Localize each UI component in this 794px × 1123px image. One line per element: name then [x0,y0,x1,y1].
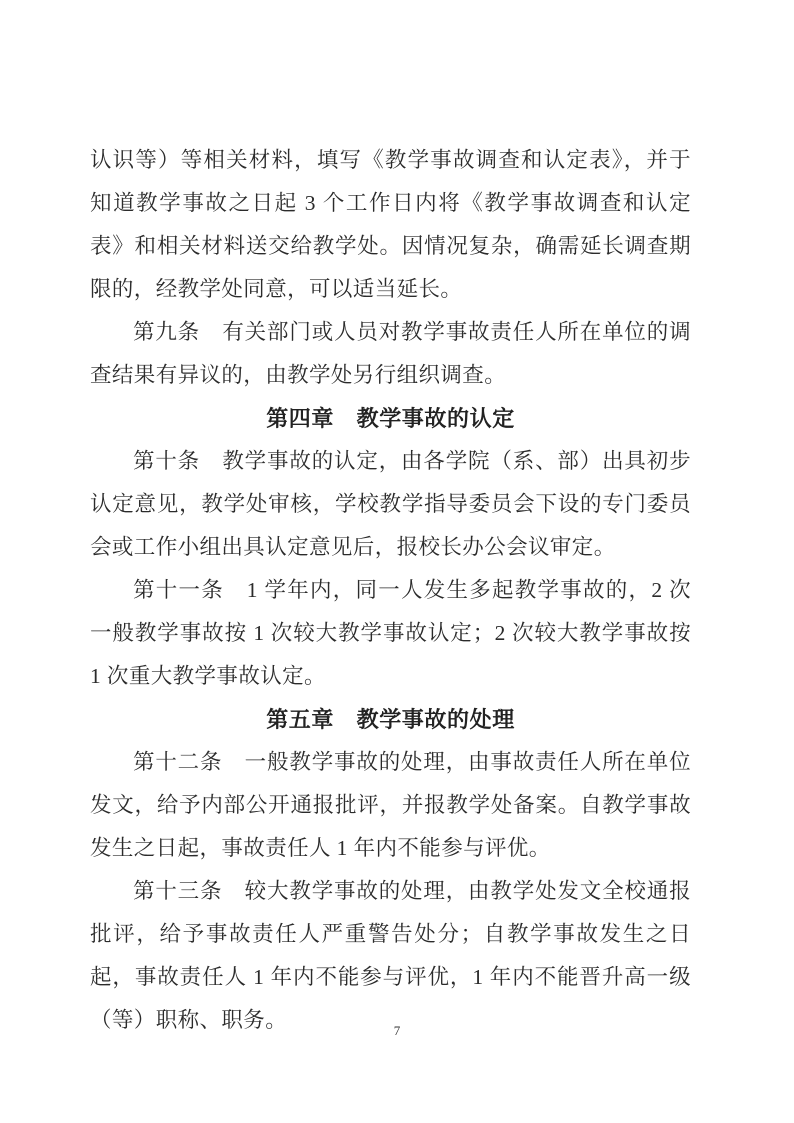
chapter-heading-4: 第四章 教学事故的认定 [90,397,691,440]
paragraph-article-11: 第十一条 1 学年内，同一人发生多起教学事故的，2 次一般教学事故按 1 次较大… [90,569,691,698]
paragraph-article-9: 第九条 有关部门或人员对教学事故责任人所在单位的调查结果有异议的，由教学处另行组… [90,311,691,397]
paragraph-article-12: 第十二条 一般教学事故的处理，由事故责任人所在单位发文，给予内部公开通报批评，并… [90,741,691,870]
page-number: 7 [0,1022,794,1040]
chapter-heading-5: 第五章 教学事故的处理 [90,698,691,741]
paragraph-continuation: 认识等）等相关材料，填写《教学事故调查和认定表》，并于知道教学事故之日起 3 个… [90,139,691,311]
paragraph-article-10: 第十条 教学事故的认定，由各学院（系、部）出具初步认定意见，教学处审核，学校教学… [90,440,691,569]
document-page: 认识等）等相关材料，填写《教学事故调查和认定表》，并于知道教学事故之日起 3 个… [0,0,794,1123]
document-content: 认识等）等相关材料，填写《教学事故调查和认定表》，并于知道教学事故之日起 3 个… [90,139,691,1042]
paragraph-article-13: 第十三条 较大教学事故的处理，由教学处发文全校通报批评，给予事故责任人严重警告处… [90,870,691,1042]
